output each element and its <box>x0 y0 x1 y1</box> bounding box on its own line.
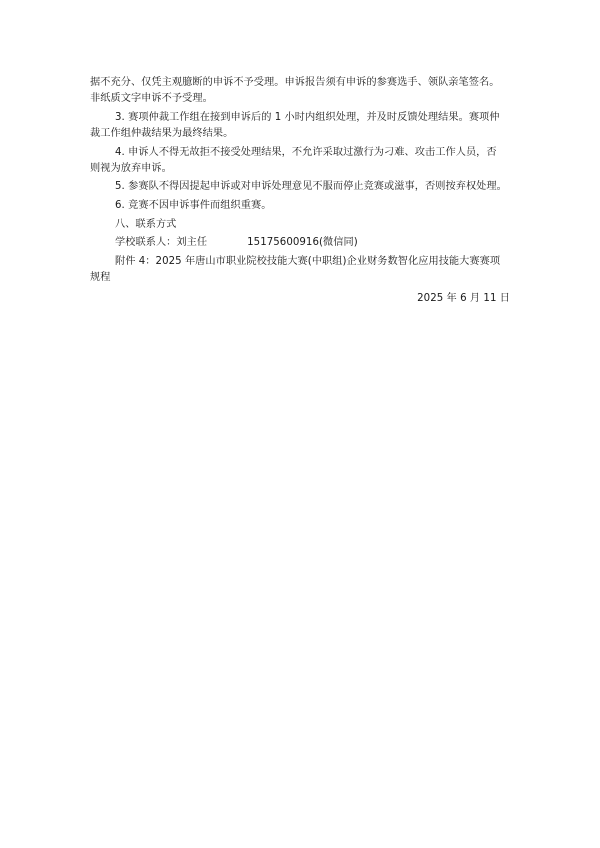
contact-line: 学校联系人：刘主任15175600916(微信同) <box>115 236 512 250</box>
paragraph-line: 据不充分、仅凭主观臆断的申诉不予受理。申诉报告须有申诉的参赛选手、领队亲笔签名。 <box>90 76 512 90</box>
paragraph-line: 非纸质文字申诉不予受理。 <box>90 92 512 106</box>
paragraph-item-4: 4. 申诉人不得无故拒不接受处理结果，不允许采取过激行为刁难、攻击工作人员，否 <box>115 146 512 160</box>
document-page: 据不充分、仅凭主观臆断的申诉不予受理。申诉报告须有申诉的参赛选手、领队亲笔签名。… <box>0 0 600 848</box>
contact-label: 学校联系人：刘主任 <box>115 237 207 248</box>
document-date: 2025 年 6 月 11 日 <box>417 292 510 306</box>
paragraph-item-3: 3. 赛项仲裁工作组在接到申诉后的 1 小时内组织处理，并及时反馈处理结果。赛项… <box>115 111 512 125</box>
paragraph-line: 则视为放弃申诉。 <box>90 162 512 176</box>
paragraph-item-6: 6. 竞赛不因申诉事件而组织重赛。 <box>115 199 512 213</box>
paragraph-item-5: 5. 参赛队不得因提起申诉或对申诉处理意见不服而停止竞赛或滋事，否则按弃权处理。 <box>115 180 512 194</box>
attachment-line: 附件 4：2025 年唐山市职业院校技能大赛(中职组)企业财务数智化应用技能大赛… <box>115 255 512 269</box>
attachment-line: 规程 <box>90 271 512 285</box>
section-heading: 八、联系方式 <box>115 218 512 232</box>
contact-phone: 15175600916(微信同) <box>247 237 358 248</box>
paragraph-line: 裁工作组仲裁结果为最终结果。 <box>90 127 512 141</box>
